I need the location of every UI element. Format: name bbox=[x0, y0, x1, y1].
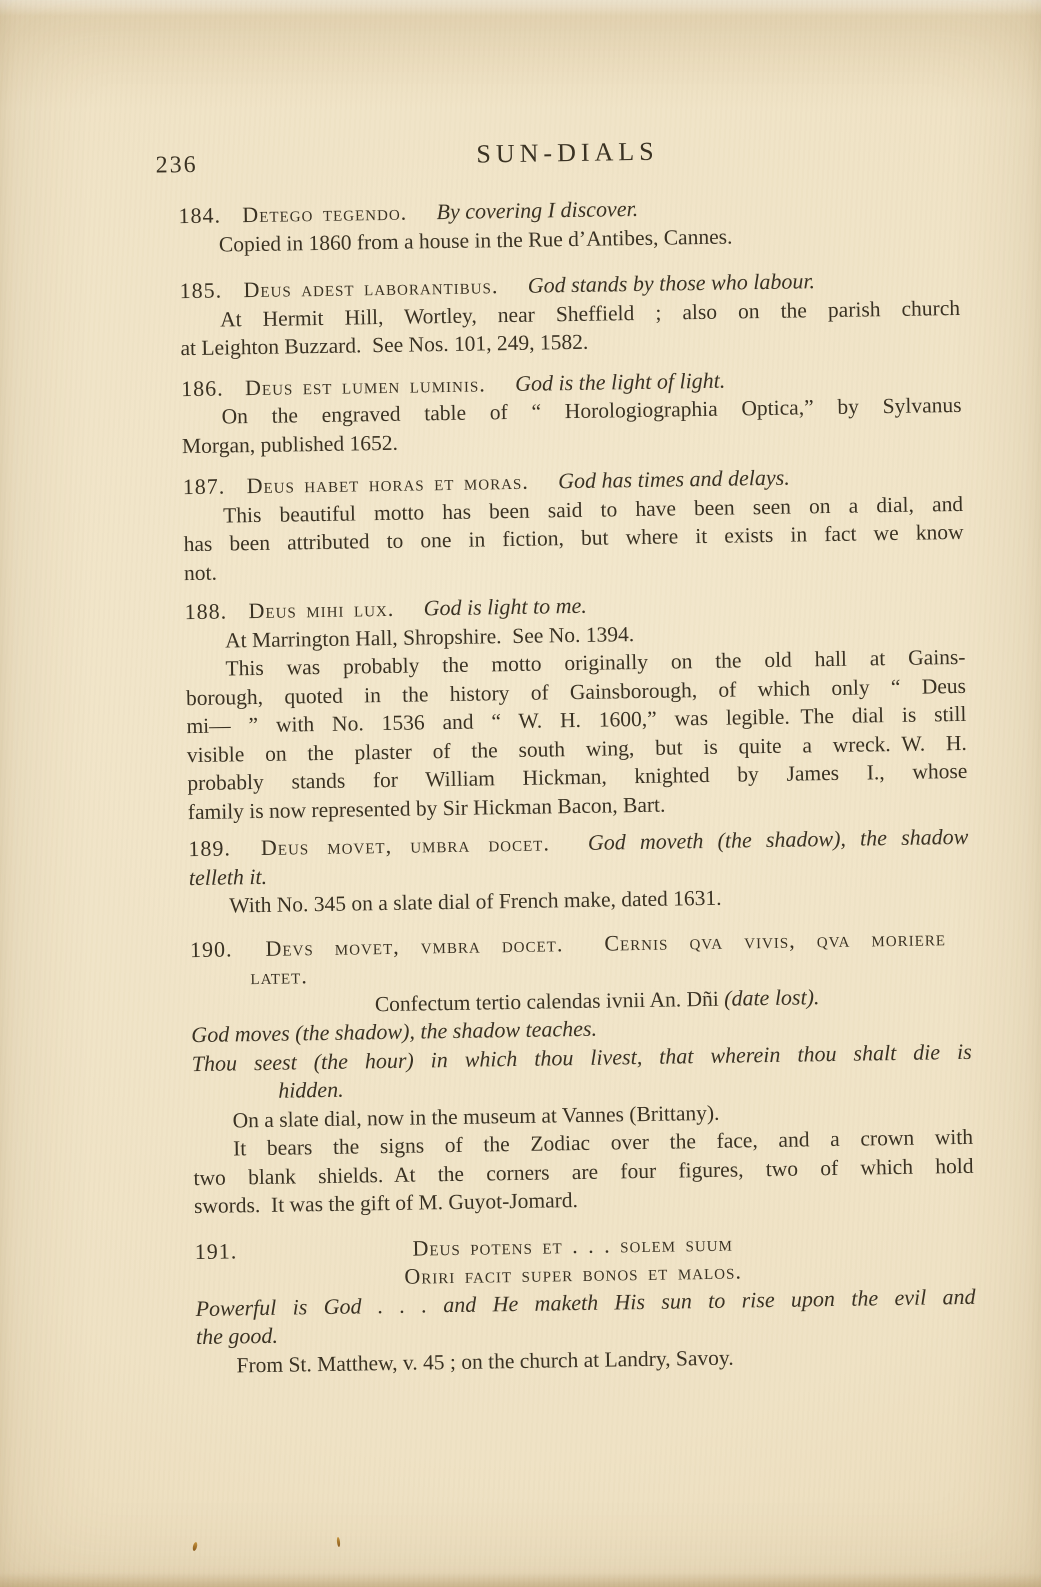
entry-187: 187. Deus habet horas et moras. God has … bbox=[182, 461, 964, 587]
entry-184: 184. Detego tegendo. By covering I disco… bbox=[178, 190, 959, 259]
entry-number: 189. bbox=[188, 835, 231, 861]
body-text: not. bbox=[184, 560, 217, 585]
entries: 184. Detego tegendo. By covering I disco… bbox=[178, 190, 976, 1380]
italic-text: By covering I discover. bbox=[436, 196, 638, 224]
italic-text: God is the light of light. bbox=[515, 367, 726, 395]
motto-text: Deus habet horas et moras. bbox=[246, 469, 529, 498]
motto-text: Detego tegendo. bbox=[242, 200, 407, 228]
entry-186: 186. Deus est lumen luminis. God is the … bbox=[181, 362, 962, 460]
entry-number: 187. bbox=[183, 473, 226, 499]
motto-text: Deus mihi lux. bbox=[248, 596, 394, 623]
motto-text: Cernis qva vivis, qva moriere bbox=[604, 925, 946, 955]
entry-191: 191.Deus potens et . . . solem suumOriri… bbox=[195, 1225, 977, 1380]
entry-number: 184. bbox=[178, 203, 221, 229]
body-text: family is now represented by Sir Hickman… bbox=[188, 792, 666, 824]
motto-text: Deus est lumen luminis. bbox=[245, 371, 486, 400]
entry-number: 188. bbox=[184, 598, 227, 624]
entry-number: 185. bbox=[179, 278, 222, 304]
body-text: Morgan, published 1652. bbox=[182, 430, 398, 457]
page-header-row: 236 SUN-DIALS bbox=[177, 130, 958, 186]
body-text: swords. It was the gift of M. Guyot-Joma… bbox=[194, 1188, 578, 1218]
entry-185: 185. Deus adest laborantibus. God stands… bbox=[179, 265, 960, 363]
page-title: SUN-DIALS bbox=[177, 130, 957, 174]
italic-text: God is light to me. bbox=[423, 593, 587, 621]
entry-number: 191. bbox=[195, 1237, 238, 1266]
body-text: Copied in 1860 from a house in the Rue d… bbox=[219, 224, 733, 256]
motto-text: Oriri facit super bonos et malos. bbox=[404, 1258, 742, 1288]
motto-text: Deus potens et . . . solem suum bbox=[412, 1230, 733, 1260]
motto-text: Deus adest laborantibus. bbox=[243, 273, 498, 302]
motto-text: Deus movet, umbra docet. bbox=[261, 830, 550, 860]
body-text: At Marrington Hall, Shropshire. See No. … bbox=[225, 622, 634, 652]
italic-text: God moveth (the shadow), the shadow bbox=[588, 824, 969, 855]
entry-188: 188. Deus mihi lux. God is light to me.A… bbox=[184, 586, 967, 826]
motto-text: latet. bbox=[250, 963, 308, 989]
body-text: Confectum tertio calendas ivnii An. Dñi bbox=[375, 986, 719, 1015]
italic-text: God moves (the shadow), the shadow teach… bbox=[191, 1016, 597, 1047]
entry-190: 190. Devs movet, vmbra docet. Cernis qva… bbox=[190, 923, 974, 1220]
page-content: 236 SUN-DIALS 184. Detego tegendo. By co… bbox=[177, 130, 976, 1380]
italic-text: telleth it. bbox=[189, 863, 268, 889]
page-number: 236 bbox=[155, 152, 197, 180]
paper-speck bbox=[336, 1537, 340, 1547]
book-page: 236 SUN-DIALS 184. Detego tegendo. By co… bbox=[0, 0, 1041, 1587]
italic-text: the good. bbox=[196, 1323, 278, 1349]
entry-number: 186. bbox=[181, 375, 224, 401]
italic-text: God has times and delays. bbox=[558, 465, 790, 494]
body-text: With No. 345 on a slate dial of French m… bbox=[229, 886, 722, 918]
body-text: at Leighton Buzzard. See Nos. 101, 249, … bbox=[180, 330, 588, 360]
motto-text: Devs movet, vmbra docet. bbox=[265, 931, 563, 961]
body-text: From St. Matthew, v. 45 ; on the church … bbox=[236, 1345, 734, 1377]
italic-text: hidden. bbox=[278, 1077, 344, 1103]
entry-189: 189. Deus movet, umbra docet. God moveth… bbox=[188, 823, 969, 921]
italic-text: God stands by those who labour. bbox=[528, 268, 816, 298]
entry-number: 190. bbox=[190, 936, 233, 962]
italic-text: (date lost). bbox=[724, 984, 820, 1010]
paper-speck bbox=[192, 1542, 198, 1552]
